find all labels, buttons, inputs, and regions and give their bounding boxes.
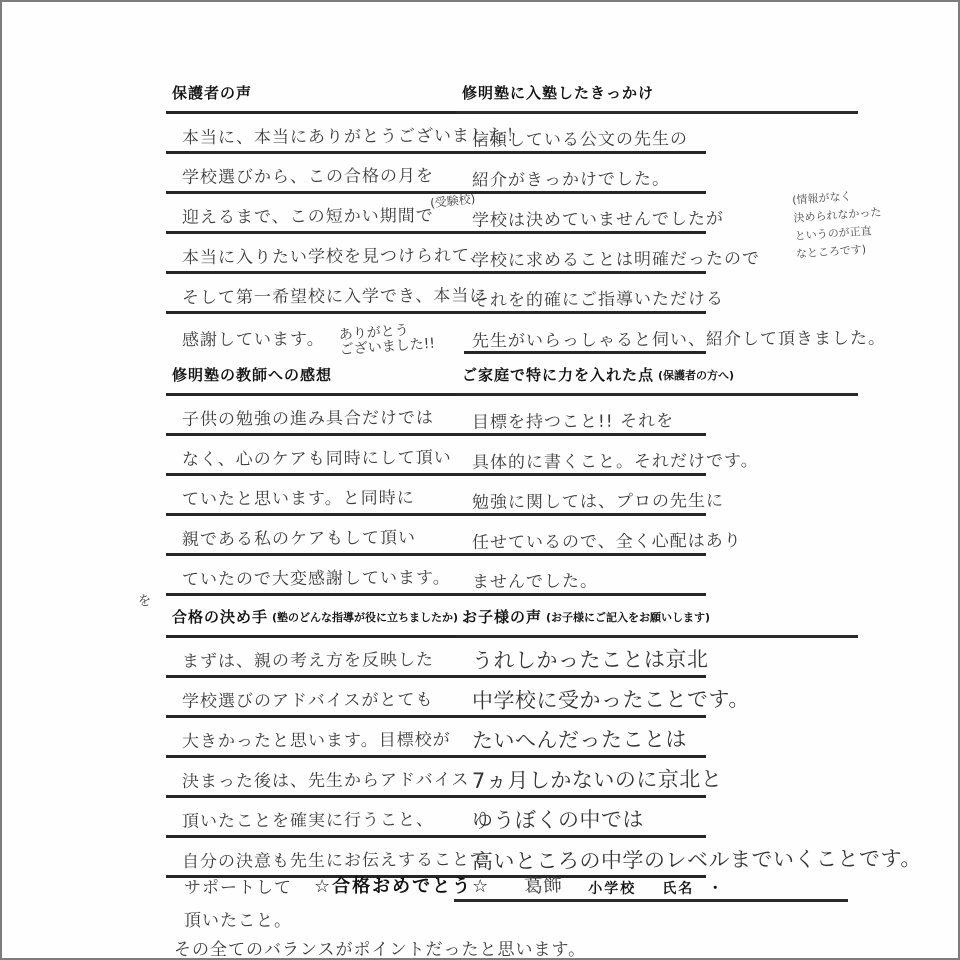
section-title: 修明塾に入塾したきっかけ <box>462 82 654 103</box>
handwritten-line: まずは、親の考え方を反映した <box>166 638 464 678</box>
handwritten-line: なく、心のケアも同時にして頂い <box>166 436 464 476</box>
congrats-label: ☆合格おめでとう☆ <box>314 872 490 898</box>
handwriting-text: うれしかったことは京北 <box>472 643 709 675</box>
handwriting-text: ゆうぼくの中では <box>472 803 644 834</box>
left-column: 保護者の声 本当に、本当にありがとうございました！ 学校選びから、この合格の月を… <box>166 82 464 878</box>
handwriting-text: 任せているので、全く心配はあり <box>472 526 742 553</box>
handwriting-text: 具体的に書くこと。それだけです。 <box>472 446 759 473</box>
handwriting-text: なく、心のケアも同時にして頂い <box>182 443 452 470</box>
section-title: 保護者の声 <box>172 82 252 103</box>
section-subtitle: (塾のどんな指導が役に立ちましたか) <box>272 606 458 625</box>
handwritten-line: 紹介がきっかけでした。 <box>456 154 858 194</box>
section-child-voice: お子様の声 (お子様にご記入をお願いします) うれしかったことは京北 中学校に受… <box>456 606 858 878</box>
handwriting-text: 先生がいらっしゃると伺い、紹介して頂きました。 <box>472 324 886 352</box>
section-title: お子様の声 <box>462 606 542 627</box>
handwritten-line: 7ヵ月しかないのに京北と <box>456 758 858 798</box>
handwritten-line: 本当に入りたい学校を見つけられて、 <box>166 234 464 274</box>
handwriting-text: 学校選びから、この合格の月を <box>182 161 434 188</box>
handwritten-line: そして第一希望校に入学でき、本当に <box>166 274 464 314</box>
handwriting-text: 紹介がきっかけでした。 <box>472 164 670 190</box>
handwritten-line: ませんでした。 <box>456 556 858 596</box>
section-header: 保護者の声 <box>166 82 464 114</box>
handwritten-line: ゆうぼくの中では <box>456 798 858 838</box>
section-deciding-factor: 合格の決め手 (塾のどんな指導が役に立ちましたか) まずは、親の考え方を反映した… <box>166 606 464 878</box>
handwritten-line: たいへんだったことは <box>456 718 858 758</box>
section-subtitle: (保護者の方へ) <box>658 364 734 383</box>
section-header: お子様の声 (お子様にご記入をお願いします) <box>456 606 858 638</box>
school-label: 小学校 <box>588 878 636 898</box>
handwriting-text: たいへんだったことは <box>472 723 687 755</box>
handwriting-text: ませんでした。 <box>472 567 598 593</box>
handwritten-line: 中学校に受かったことです。 <box>456 678 858 718</box>
handwritten-line: 親である私のケアもして頂い <box>166 516 464 556</box>
handwritten-line: 頂いたことを確実に行うこと、 <box>166 798 464 838</box>
handwriting-text: ていたので大変感謝しています。 <box>182 563 451 590</box>
handwritten-line: 勉強に関しては、プロの先生に <box>456 476 858 516</box>
name-field-rule <box>454 899 848 902</box>
handwritten-line: 感謝しています。 ありがとう ございました!! <box>166 314 464 354</box>
handwriting-text: 学校選びのアドバイスがとても <box>182 685 434 712</box>
handwritten-line: 学校選びから、この合格の月を <box>166 154 464 194</box>
handwriting-text: 決まった後は、先生からアドバイス <box>182 765 470 792</box>
footer-row: その全てのバランスがポイントだったと思います。 <box>166 935 886 960</box>
footer-row: サポートして ☆合格おめでとう☆ 葛飾 小学校 氏名 ・ <box>166 868 886 898</box>
handwriting-text: ていたと思います。と同時に <box>182 483 415 510</box>
handwriting-text: 中学校に受かったことです。 <box>472 683 750 715</box>
handwriting-text: それを的確にご指導いただける <box>472 284 724 311</box>
handwriting-text: 本当に入りたい学校を見つけられて、 <box>182 241 488 268</box>
footer-row: 頂いたこと。 <box>166 906 886 931</box>
handwriting-text: サポートして <box>166 873 292 898</box>
scanned-survey-page: 保護者の声 本当に、本当にありがとうございました！ 学校選びから、この合格の月を… <box>0 0 960 960</box>
name-label: 氏名 <box>662 878 694 898</box>
section-header: 合格の決め手 (塾のどんな指導が役に立ちましたか) <box>166 606 464 638</box>
handwriting-text: 学校に求めることは明確だったので <box>472 244 760 271</box>
handwritten-line: 具体的に書くこと。それだけです。 <box>456 436 858 476</box>
handwriting-text: 7ヵ月しかないのに京北と <box>472 763 723 795</box>
handwriting-text: 親である私のケアもして頂い <box>182 523 416 550</box>
handwritten-line: 本当に、本当にありがとうございました！ <box>166 114 464 154</box>
handwriting-text: 子供の勉強の進み具合だけでは <box>182 403 434 430</box>
handwriting-stacked-text: ありがとう ございました!! <box>338 321 435 357</box>
handwritten-line: それを的確にご指導いただける <box>456 274 858 314</box>
handwritten-line: 学校選びのアドバイスがとても <box>166 678 464 718</box>
handwritten-line: 決まった後は、先生からアドバイス <box>166 758 464 798</box>
handwritten-line: 迎えるまで、この短かい期間で <box>166 194 464 234</box>
footer: サポートして ☆合格おめでとう☆ 葛飾 小学校 氏名 ・ 頂いたこと。 その全て… <box>166 868 886 960</box>
handwriting-text: 勉強に関しては、プロの先生に <box>472 486 724 513</box>
section-title: 修明塾の教師への感想 <box>172 364 332 385</box>
section-title: 合格の決め手 <box>172 606 268 627</box>
handwritten-line: 先生がいらっしゃると伺い、紹介して頂きました。 <box>456 314 858 354</box>
name-field-dot: ・ <box>708 878 722 898</box>
handwriting-text: 目標を持つこと!! それを <box>472 406 674 432</box>
section-title: ご家庭で特に力を入れた点 <box>462 364 654 385</box>
handwritten-line: 任せているので、全く心配はあり <box>456 516 858 556</box>
handwriting-text: そして第一希望校に入学でき、本当に <box>182 281 487 308</box>
section-header: 修明塾の教師への感想 <box>166 364 464 396</box>
handwriting-text: 頂いたことを確実に行うこと、 <box>182 805 434 832</box>
handwriting-text: 頂いたこと。 <box>166 911 292 931</box>
handwriting-text: 大きかったと思います。目標校が <box>182 725 451 752</box>
section-parent-voice: 保護者の声 本当に、本当にありがとうございました！ 学校選びから、この合格の月を… <box>166 82 464 354</box>
section-header: 修明塾に入塾したきっかけ <box>456 82 858 114</box>
handwriting-school-name: 葛飾 <box>524 870 563 899</box>
handwritten-margin-note: (情報がなく 決められなかった というのが正直 なところです) <box>792 180 960 264</box>
handwriting-text: 迎えるまで、この短かい期間で <box>182 201 434 228</box>
handwritten-insertion-mark: を <box>138 590 151 609</box>
handwritten-line: 目標を持つこと!! それを <box>456 396 858 436</box>
handwritten-line: ていたと思います。と同時に <box>166 476 464 516</box>
section-header: ご家庭で特に力を入れた点 (保護者の方へ) <box>456 364 858 396</box>
handwriting-text: その全てのバランスがポイントだったと思います。 <box>174 940 586 960</box>
handwritten-line: ていたので大変感謝しています。 <box>166 556 464 596</box>
section-teacher-impressions: 修明塾の教師への感想 子供の勉強の進み具合だけでは なく、心のケアも同時にして頂… <box>166 364 464 596</box>
handwriting-text: 信頼している公文の先生の <box>472 124 688 151</box>
handwriting-text: 感謝しています。 <box>182 325 325 351</box>
handwritten-line: うれしかったことは京北 <box>456 638 858 678</box>
section-home-efforts: ご家庭で特に力を入れた点 (保護者の方へ) 目標を持つこと!! それを 具体的に… <box>456 364 858 596</box>
handwriting-text: 学校は決めていませんでしたが <box>472 204 724 231</box>
handwritten-line: 子供の勉強の進み具合だけでは <box>166 396 464 436</box>
section-subtitle: (お子様にご記入をお願いします) <box>546 606 710 625</box>
handwritten-line: 大きかったと思います。目標校が <box>166 718 464 758</box>
handwritten-line: 信頼している公文の先生の <box>456 114 858 154</box>
handwriting-text: まずは、親の考え方を反映した <box>182 645 434 672</box>
